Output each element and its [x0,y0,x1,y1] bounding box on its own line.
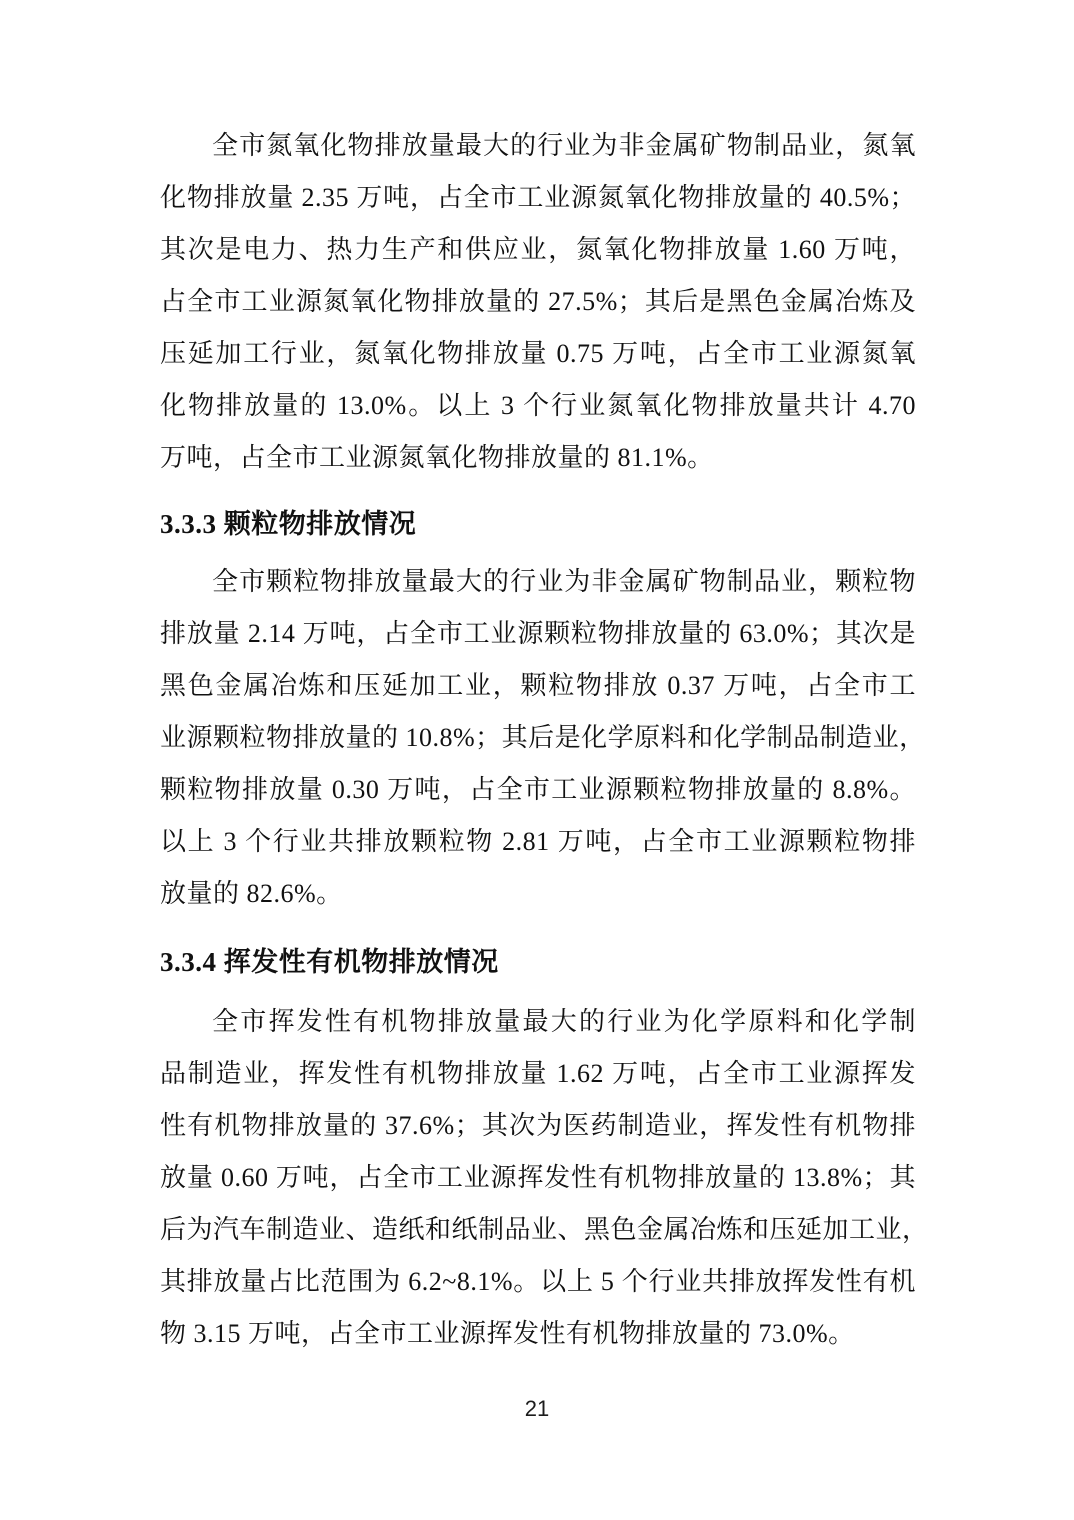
paragraph-line: 全市颗粒物排放量最大的行业为非金属矿物制品业，颗粒物 [160,556,916,608]
paragraph-line: 占全市工业源氮氧化物排放量的 27.5%；其后是黑色金属冶炼及 [160,276,916,328]
paragraph-line: 后为汽车制造业、造纸和纸制品业、黑色金属冶炼和压延加工业， [160,1204,916,1256]
page-content: 全市氮氧化物排放量最大的行业为非金属矿物制品业，氮氧 化物排放量 2.35 万吨… [160,120,916,1360]
section-heading-vocs: 3.3.4 挥发性有机物排放情况 [160,936,916,988]
paragraph-line: 品制造业，挥发性有机物排放量 1.62 万吨，占全市工业源挥发 [160,1048,916,1100]
paragraph-line: 其次是电力、热力生产和供应业，氮氧化物排放量 1.60 万吨， [160,224,916,276]
paragraph-line: 压延加工行业，氮氧化物排放量 0.75 万吨，占全市工业源氮氧 [160,328,916,380]
section-heading-particulates: 3.3.3 颗粒物排放情况 [160,498,916,550]
document-page: 全市氮氧化物排放量最大的行业为非金属矿物制品业，氮氧 化物排放量 2.35 万吨… [0,0,1074,1520]
paragraph-line: 放量的 82.6%。 [160,868,916,920]
paragraph-line: 万吨，占全市工业源氮氧化物排放量的 81.1%。 [160,432,916,484]
paragraph-line: 化物排放量 2.35 万吨，占全市工业源氮氧化物排放量的 40.5%； [160,172,916,224]
paragraph-nox-emissions: 全市氮氧化物排放量最大的行业为非金属矿物制品业，氮氧 化物排放量 2.35 万吨… [160,120,916,484]
paragraph-line: 放量 0.60 万吨，占全市工业源挥发性有机物排放量的 13.8%；其 [160,1152,916,1204]
paragraph-line: 以上 3 个行业共排放颗粒物 2.81 万吨，占全市工业源颗粒物排 [160,816,916,868]
paragraph-line: 业源颗粒物排放量的 10.8%；其后是化学原料和化学制品制造业， [160,712,916,764]
paragraph-voc-emissions: 全市挥发性有机物排放量最大的行业为化学原料和化学制 品制造业，挥发性有机物排放量… [160,996,916,1360]
paragraph-line: 全市挥发性有机物排放量最大的行业为化学原料和化学制 [160,996,916,1048]
paragraph-line: 物 3.15 万吨，占全市工业源挥发性有机物排放量的 73.0%。 [160,1308,916,1360]
paragraph-line: 颗粒物排放量 0.30 万吨，占全市工业源颗粒物排放量的 8.8%。 [160,764,916,816]
paragraph-line: 化物排放量的 13.0%。以上 3 个行业氮氧化物排放量共计 4.70 [160,380,916,432]
paragraph-line: 黑色金属冶炼和压延加工业，颗粒物排放 0.37 万吨，占全市工 [160,660,916,712]
page-number: 21 [0,1396,1074,1422]
paragraph-line: 排放量 2.14 万吨，占全市工业源颗粒物排放量的 63.0%；其次是 [160,608,916,660]
paragraph-line: 性有机物排放量的 37.6%；其次为医药制造业，挥发性有机物排 [160,1100,916,1152]
paragraph-line: 全市氮氧化物排放量最大的行业为非金属矿物制品业，氮氧 [160,120,916,172]
paragraph-particulate-emissions: 全市颗粒物排放量最大的行业为非金属矿物制品业，颗粒物 排放量 2.14 万吨，占… [160,556,916,920]
paragraph-line: 其排放量占比范围为 6.2~8.1%。以上 5 个行业共排放挥发性有机 [160,1256,916,1308]
